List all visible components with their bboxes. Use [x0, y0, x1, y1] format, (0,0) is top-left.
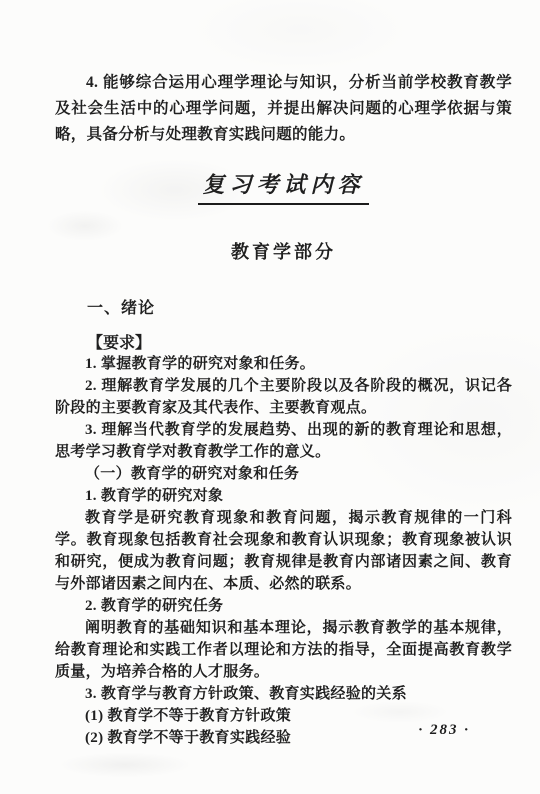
- topic1-heading: 1. 教育学的研究对象: [55, 485, 512, 507]
- chapter-heading: 一、绪论: [55, 295, 512, 318]
- requirement-item-2: 2. 理解教育学发展的几个主要阶段以及各阶段的概况，识记各阶段的主要教育家及其代…: [55, 375, 512, 419]
- topic3-heading: 3. 教育学与教育方针政策、教育实践经验的关系: [55, 683, 512, 705]
- main-title-wrap: 复习考试内容: [55, 168, 512, 205]
- scanned-book-page: 4. 能够综合运用心理学理论与知识，分析当前学校教育教学及社会生活中的心理学问题…: [0, 0, 540, 794]
- intro-paragraph: 4. 能够综合运用心理学理论与知识，分析当前学校教育教学及社会生活中的心理学问题…: [55, 70, 512, 148]
- page-number: · 283 ·: [419, 722, 471, 739]
- main-title: 复习考试内容: [198, 168, 368, 205]
- requirement-item-3: 3. 理解当代教育学的发展趋势、出现的新的教育理论和思想，思考学习教育学对教育教…: [55, 419, 512, 463]
- topic1-body: 教育学是研究教育现象和教育问题，揭示教育规律的一门科学。教育现象包括教育社会现象…: [55, 507, 512, 595]
- requirement-item-1: 1. 掌握教育学的研究对象和任务。: [55, 353, 512, 375]
- section-heading: （一）教育学的研究对象和任务: [55, 463, 512, 485]
- part-title: 教育学部分: [55, 238, 512, 264]
- page-content: 4. 能够综合运用心理学理论与知识，分析当前学校教育教学及社会生活中的心理学问题…: [55, 70, 512, 749]
- topic2-heading: 2. 教育学的研究任务: [55, 595, 512, 617]
- requirements-header: 【要求】: [55, 330, 512, 353]
- topic2-body: 阐明教育的基础知识和基本理论，揭示教育教学的基本规律，给教育理论和实践工作者以理…: [55, 617, 512, 683]
